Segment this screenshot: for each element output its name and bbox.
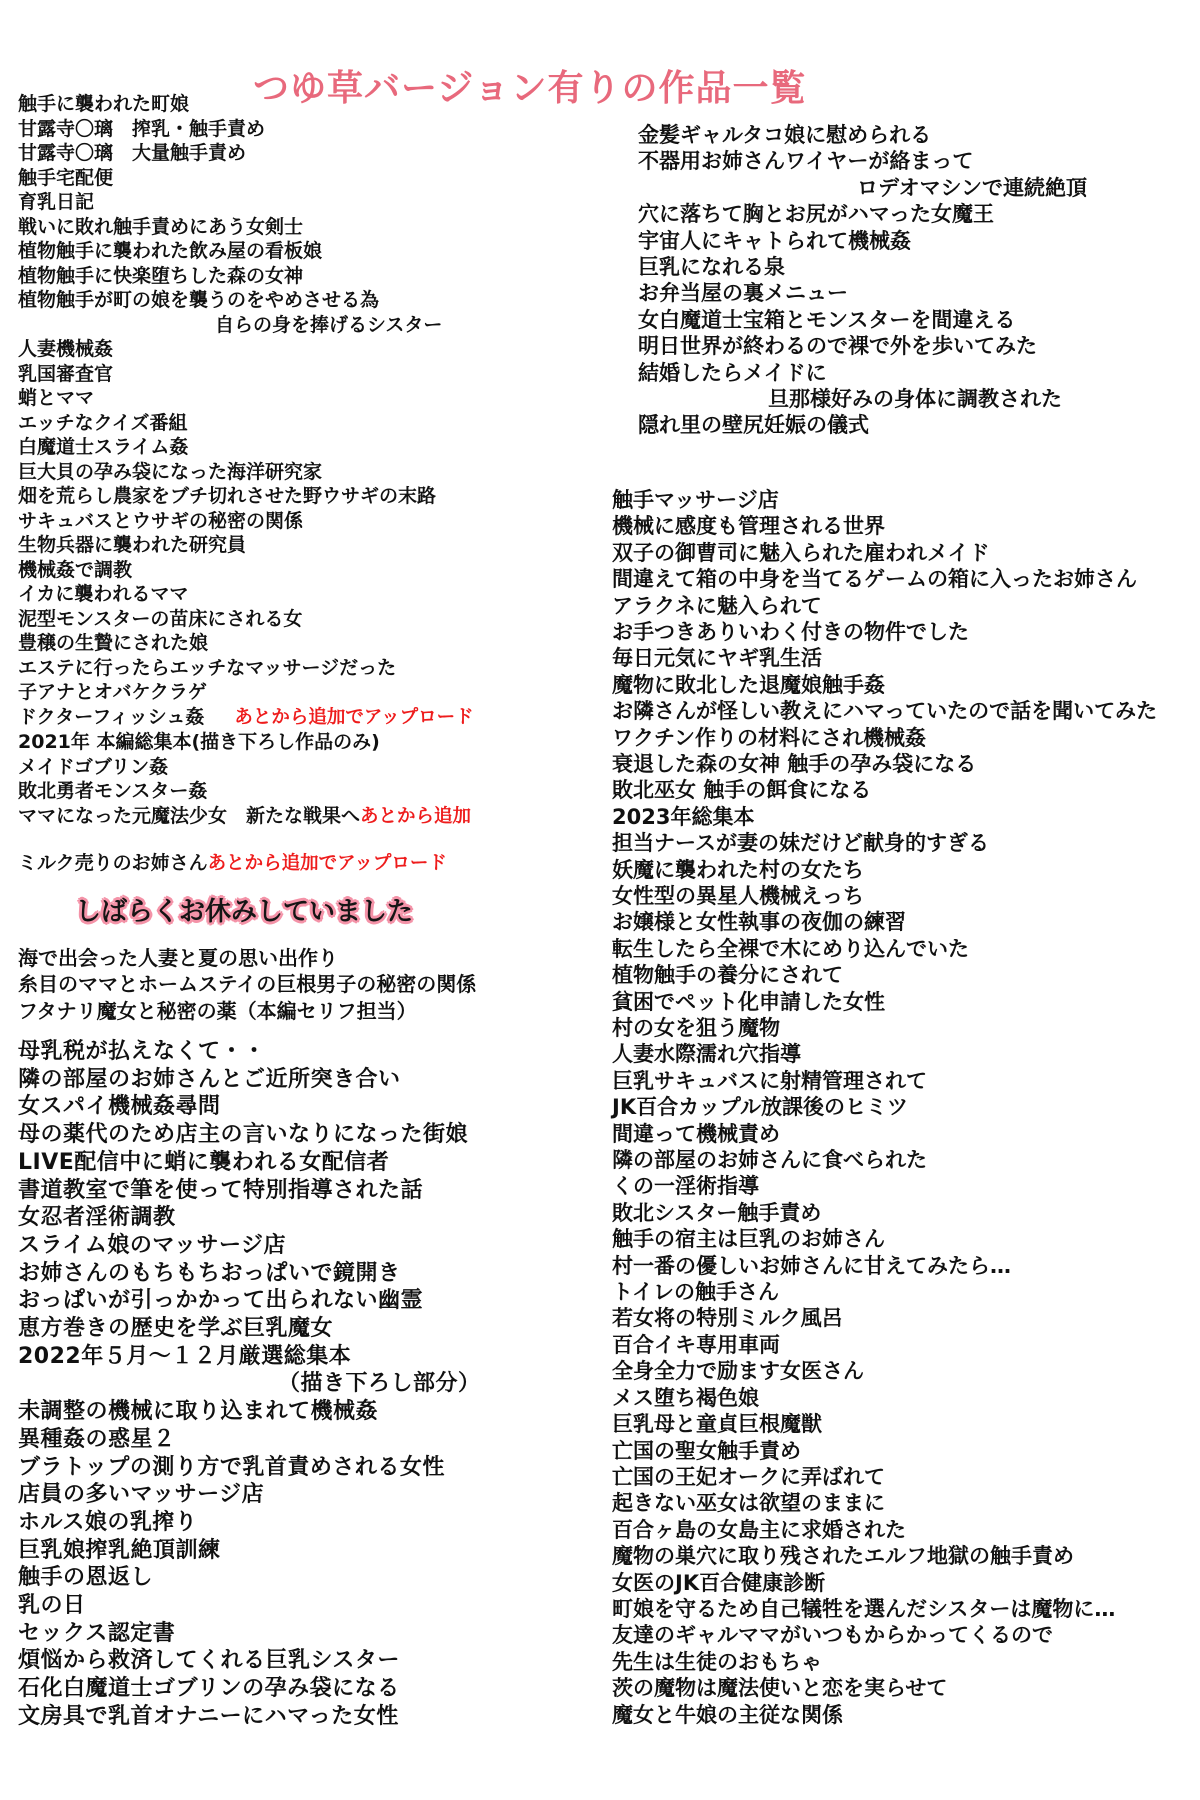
work-title-text: おっぱいが引っかかって出られない幽霊	[18, 1288, 423, 1313]
work-title-text: 人妻機械姦	[18, 338, 113, 360]
work-title-line: 敗北勇者モンスター姦	[18, 779, 481, 804]
work-title-line: 隣の部屋のお姉さんに食べられた	[612, 1147, 1157, 1173]
hiatus-notice: しばらくお休みしていました	[18, 895, 481, 929]
work-title-line: 間違って機械責め	[612, 1121, 1157, 1147]
work-title-line: 石化白魔道士ゴブリンの孕み袋になる	[18, 1675, 481, 1703]
work-title-text: 巨乳母と童貞巨根魔獣	[612, 1412, 822, 1436]
work-title-text: 植物触手が町の娘を襲うのをやめさせる為	[18, 289, 379, 311]
work-title-line: 戦いに敗れ触手責めにあう女剣士	[18, 215, 481, 240]
work-title-line: 豊穣の生贄にされた娘	[18, 631, 481, 656]
work-title-line: 巨乳サキュバスに射精管理されて	[612, 1068, 1157, 1094]
work-title-text: 宇宙人にキャトられて機械姦	[638, 229, 911, 253]
work-title-line: 自らの身を捧げるシスター	[18, 313, 481, 338]
work-title-line: イカに襲われるママ	[18, 582, 481, 607]
work-title-text: 触手の宿主は巨乳のお姉さん	[612, 1227, 885, 1251]
work-title-text: 触手宅配便	[18, 167, 113, 189]
work-title-text: 女白魔道士宝箱とモンスターを間違える	[638, 308, 1015, 332]
work-title-text: 海で出会った人妻と夏の思い出作り	[18, 946, 338, 970]
work-title-line: 明日世界が終わるので裸で外を歩いてみた	[612, 333, 1157, 359]
work-title-text: お手つきありいわく付きの物件でした	[612, 620, 969, 644]
work-title-text: 町娘を守るため自己犠牲を選んだシスターは魔物に…	[612, 1597, 1115, 1621]
work-list-page: { "title": "つゆ草バージョン有りの作品一覧", "notice": …	[0, 0, 1200, 1800]
work-title-text: （描き下ろし部分）	[278, 1371, 481, 1396]
work-title-line: 魔物の巣穴に取り残されたエルフ地獄の触手責め	[612, 1543, 1157, 1569]
work-title-line: 乳の日	[18, 1592, 481, 1620]
work-title-text: 2023年総集本	[612, 805, 754, 829]
work-title-text: 巨乳になれる泉	[638, 255, 785, 279]
work-title-line: 乳国審査官	[18, 362, 481, 387]
work-title-line: 恵方巻きの歴史を学ぶ巨乳魔女	[18, 1315, 481, 1343]
work-title-line: ホルス娘の乳搾り	[18, 1509, 481, 1537]
work-title-text: お嬢様と女性執事の夜伽の練習	[612, 910, 906, 934]
work-title-line: 触手の恩返し	[18, 1564, 481, 1592]
work-title-text: 村の女を狙う魔物	[612, 1016, 780, 1040]
work-title-text: 担当ナースが妻の妹だけど献身的すぎる	[612, 831, 989, 855]
work-title-line: エッチなクイズ番組	[18, 411, 481, 436]
work-title-text: 恵方巻きの歴史を学ぶ巨乳魔女	[18, 1316, 333, 1341]
work-list-right-column: 金髪ギャルタコ娘に慰められる不器用お姉さんワイヤーが絡まってロデオマシンで連続絶…	[612, 122, 1157, 1728]
work-title-text: 起きない巫女は欲望のままに	[612, 1491, 885, 1515]
work-title-line: サキュバスとウサギの秘密の関係	[18, 509, 481, 534]
work-title-text: 亡国の聖女触手責め	[612, 1439, 801, 1463]
work-title-text: 母乳税が払えなくて・・	[18, 1039, 266, 1064]
work-title-text: LIVE配信中に蛸に襲われる女配信者	[18, 1150, 389, 1175]
work-title-line: 起きない巫女は欲望のままに	[612, 1490, 1157, 1516]
work-title-text: 敗北シスター触手責め	[612, 1201, 821, 1225]
work-title-line: 巨乳娘搾乳絶頂訓練	[18, 1537, 481, 1565]
work-title-line: 人妻水際濡れ穴指導	[612, 1041, 1157, 1067]
work-title-line: トイレの触手さん	[612, 1279, 1157, 1305]
work-title-line: 友達のギャルママがいつもからかってくるので	[612, 1622, 1157, 1648]
work-title-line: 文房具で乳首オナニーにハマった女性	[18, 1703, 481, 1731]
work-title-text: 女医のJK百合健康診断	[612, 1571, 825, 1595]
work-title-line: 植物触手に快楽堕ちした森の女神	[18, 264, 481, 289]
work-title-text: JK百合カップル放課後のヒミツ	[612, 1095, 908, 1119]
work-title-line: ロデオマシンで連続絶頂	[612, 175, 1157, 201]
work-title-line: メイドゴブリン姦	[18, 755, 481, 780]
work-title-text: お弁当屋の裏メニュー	[638, 281, 848, 305]
work-title-line: 魔物に敗北した退魔娘触手姦	[612, 672, 1157, 698]
work-title-line: 村の女を狙う魔物	[612, 1015, 1157, 1041]
work-title-text: 甘露寺〇璃 大量触手責め	[18, 142, 246, 164]
work-title-line: お隣さんが怪しい教えにハマっていたので話を聞いてみた	[612, 698, 1157, 724]
work-title-line: お嬢様と女性執事の夜伽の練習	[612, 909, 1157, 935]
work-title-text: 店員の多いマッサージ店	[18, 1482, 264, 1507]
work-title-line: 全身全力で励ます女医さん	[612, 1358, 1157, 1384]
work-title-text: 巨大貝の孕み袋になった海洋研究家	[18, 461, 322, 483]
work-title-text: 異種姦の惑星２	[18, 1427, 176, 1452]
work-title-line: 村一番の優しいお姉さんに甘えてみたら…	[612, 1253, 1157, 1279]
work-title-text: 甘露寺〇璃 搾乳・触手責め	[18, 118, 265, 140]
work-title-line: 女スパイ機械姦尋問	[18, 1093, 481, 1121]
work-title-text: 書道教室で筆を使って特別指導された話	[18, 1178, 423, 1203]
added-later-annotation: あとから追加でアップロード	[234, 707, 473, 728]
work-title-line: 触手に襲われた町娘	[18, 92, 481, 117]
work-title-text: 間違って機械責め	[612, 1122, 780, 1146]
work-title-text: 魔物の巣穴に取り残されたエルフ地獄の触手責め	[612, 1544, 1074, 1568]
work-title-text: 転生したら全裸で木にめり込んでいた	[612, 937, 969, 961]
blank-line	[612, 439, 613, 487]
work-title-text: ママになった元魔法少女 新たな戦果へ	[18, 805, 360, 827]
work-title-text: 乳国審査官	[18, 363, 113, 385]
work-title-text: 魔物に敗北した退魔娘触手姦	[612, 673, 885, 697]
work-title-line: ブラトップの測り方で乳首責めされる女性	[18, 1454, 481, 1482]
work-title-line: 人妻機械姦	[18, 337, 481, 362]
work-title-line: 金髪ギャルタコ娘に慰められる	[612, 122, 1157, 148]
work-title-line: 隠れ里の壁尻妊娠の儀式	[612, 412, 1157, 438]
work-title-line: 甘露寺〇璃 搾乳・触手責め	[18, 117, 481, 142]
work-title-text: 隣の部屋のお姉さんに食べられた	[612, 1148, 927, 1172]
work-title-text: 機械に感度も管理される世界	[612, 514, 885, 538]
work-title-text: 衰退した森の女神 触手の孕み袋になる	[612, 752, 976, 776]
work-title-line: 海で出会った人妻と夏の思い出作り	[18, 945, 481, 972]
work-title-line: 敗北シスター触手責め	[612, 1200, 1157, 1226]
added-later-annotation: あとから追加でアップロード	[208, 853, 447, 874]
work-list-left-column: 触手に襲われた町娘甘露寺〇璃 搾乳・触手責め甘露寺〇璃 大量触手責め触手宅配便育…	[18, 92, 481, 1731]
work-title-text: エッチなクイズ番組	[18, 412, 187, 434]
work-title-text: 隠れ里の壁尻妊娠の儀式	[638, 413, 869, 437]
work-title-text: 2022年５月～１２月厳選総集本	[18, 1344, 351, 1369]
work-title-text: 先生は生徒のおもちゃ	[612, 1650, 822, 1674]
work-title-text: 毎日元気にヤギ乳生活	[612, 646, 822, 670]
work-title-line: くの一淫術指導	[612, 1173, 1157, 1199]
work-title-text: セックス認定書	[18, 1621, 175, 1646]
work-title-line: 触手宅配便	[18, 166, 481, 191]
work-title-text: 金髪ギャルタコ娘に慰められる	[638, 123, 931, 147]
work-title-line: 白魔道士スライム姦	[18, 435, 481, 460]
work-title-line: 2021年 本編総集本(描き下ろし作品のみ)	[18, 730, 481, 755]
work-title-line: 母乳税が払えなくて・・	[18, 1038, 481, 1066]
work-title-line: 若女将の特別ミルク風呂	[612, 1305, 1157, 1331]
work-title-line: 百合ヶ島の女島主に求婚された	[612, 1517, 1157, 1543]
work-title-text: 不器用お姉さんワイヤーが絡まって	[638, 149, 973, 173]
work-title-text: 文房具で乳首オナニーにハマった女性	[18, 1704, 399, 1729]
work-title-text: スライム娘のマッサージ店	[18, 1233, 286, 1258]
work-title-text: メス堕ち褐色娘	[612, 1386, 759, 1410]
work-title-line: フタナリ魔女と秘密の薬（本編セリフ担当）	[18, 998, 481, 1025]
work-title-line: LIVE配信中に蛸に襲われる女配信者	[18, 1149, 481, 1177]
work-title-text: ホルス娘の乳搾り	[18, 1510, 197, 1535]
work-title-line: 衰退した森の女神 触手の孕み袋になる	[612, 751, 1157, 777]
work-title-text: フタナリ魔女と秘密の薬（本編セリフ担当）	[18, 999, 417, 1023]
work-title-line: 触手マッサージ店	[612, 487, 1157, 513]
work-title-line: 不器用お姉さんワイヤーが絡まって	[612, 148, 1157, 174]
work-title-line: ママになった元魔法少女 新たな戦果へあとから追加	[18, 804, 481, 830]
work-title-line: 2022年５月～１２月厳選総集本	[18, 1343, 481, 1371]
work-title-line: 毎日元気にヤギ乳生活	[612, 645, 1157, 671]
work-title-text: 敗北巫女 触手の餌食になる	[612, 778, 871, 802]
work-title-line: 植物触手に襲われた飲み屋の看板娘	[18, 239, 481, 264]
work-title-text: 植物触手に襲われた飲み屋の看板娘	[18, 240, 322, 262]
work-title-text: 糸目のママとホームステイの巨根男子の秘密の関係	[18, 972, 476, 996]
work-title-text: 敗北勇者モンスター姦	[18, 780, 207, 802]
work-title-text: トイレの触手さん	[612, 1280, 779, 1304]
work-title-text: アラクネに魅入られて	[612, 594, 822, 618]
work-title-text: ドクターフィッシュ姦	[18, 706, 204, 728]
work-title-line: 巨乳母と童貞巨根魔獣	[612, 1411, 1157, 1437]
work-title-line: 巨乳になれる泉	[612, 254, 1157, 280]
work-title-line: 巨大貝の孕み袋になった海洋研究家	[18, 460, 481, 485]
work-title-text: しばらくお休みしていました	[75, 897, 413, 927]
work-title-text: 茨の魔物は魔法使いと恋を実らせて	[612, 1676, 947, 1700]
work-title-text: 明日世界が終わるので裸で外を歩いてみた	[638, 334, 1037, 358]
work-title-line: 双子の御曹司に魅入られた雇われメイド	[612, 540, 1157, 566]
work-title-line: エステに行ったらエッチなマッサージだった	[18, 656, 481, 681]
work-title-text: エステに行ったらエッチなマッサージだった	[18, 657, 396, 679]
work-title-line: 隣の部屋のお姉さんとご近所突き合い	[18, 1066, 481, 1094]
added-later-annotation: あとから追加	[360, 806, 471, 827]
work-title-line: 植物触手が町の娘を襲うのをやめさせる為	[18, 288, 481, 313]
work-title-line: 女医のJK百合健康診断	[612, 1570, 1157, 1596]
work-title-line: 旦那様好みの身体に調教された	[612, 386, 1157, 412]
work-title-line: 町娘を守るため自己犠牲を選んだシスターは魔物に…	[612, 1596, 1157, 1622]
blank-line	[18, 877, 19, 895]
work-title-text: 間違えて箱の中身を当てるゲームの箱に入ったお姉さん	[612, 567, 1137, 591]
work-title-line: 穴に落ちて胸とお尻がハマった女魔王	[612, 201, 1157, 227]
work-title-text: 植物触手の養分にされて	[612, 963, 843, 987]
work-title-text: 若女将の特別ミルク風呂	[612, 1306, 843, 1330]
work-title-text: イカに襲われるママ	[18, 583, 188, 605]
work-title-line: 子アナとオバケクラゲ	[18, 680, 481, 705]
work-title-line: 女忍者淫術調教	[18, 1204, 481, 1232]
work-title-text: 自らの身を捧げるシスター	[215, 314, 442, 336]
work-title-text: 生物兵器に襲われた研究員	[18, 534, 246, 556]
work-title-line: 女性型の異星人機械えっち	[612, 883, 1157, 909]
work-title-text: 泥型モンスターの苗床にされる女	[18, 608, 302, 630]
work-title-text: 戦いに敗れ触手責めにあう女剣士	[18, 216, 303, 238]
work-title-text: 巨乳サキュバスに射精管理されて	[612, 1069, 927, 1093]
work-title-line: おっぱいが引っかかって出られない幽霊	[18, 1287, 481, 1315]
work-title-text: 女スパイ機械姦尋問	[18, 1094, 221, 1119]
work-title-text: メイドゴブリン姦	[18, 756, 168, 778]
work-title-text: 双子の御曹司に魅入られた雇われメイド	[612, 541, 990, 565]
work-title-line: 育乳日記	[18, 190, 481, 215]
work-title-text: ブラトップの測り方で乳首責めされる女性	[18, 1455, 445, 1480]
work-title-text: ワクチン作りの材料にされ機械姦	[612, 726, 926, 750]
work-title-text: ロデオマシンで連続絶頂	[857, 176, 1087, 200]
work-title-line: セックス認定書	[18, 1620, 481, 1648]
work-title-text: 蛸とママ	[18, 387, 94, 409]
work-title-line: 畑を荒らし農家をブチ切れさせた野ウサギの末路	[18, 484, 481, 509]
work-title-line: 店員の多いマッサージ店	[18, 1481, 481, 1509]
work-title-text: 白魔道士スライム姦	[18, 436, 188, 458]
work-title-text: 触手の恩返し	[18, 1565, 153, 1590]
work-title-text: 村一番の優しいお姉さんに甘えてみたら…	[612, 1254, 1011, 1278]
work-title-line: 茨の魔物は魔法使いと恋を実らせて	[612, 1675, 1157, 1701]
work-title-text: 妖魔に襲われた村の女たち	[612, 858, 864, 882]
work-title-text: 旦那様好みの身体に調教された	[768, 387, 1062, 411]
work-title-line: 敗北巫女 触手の餌食になる	[612, 777, 1157, 803]
work-title-line: お姉さんのもちもちおっぱいで鏡開き	[18, 1260, 481, 1288]
work-title-text: 煩悩から救済してくれる巨乳シスター	[18, 1648, 400, 1673]
work-title-line: 煩悩から救済してくれる巨乳シスター	[18, 1647, 481, 1675]
work-title-line: お弁当屋の裏メニュー	[612, 280, 1157, 306]
work-title-line: スライム娘のマッサージ店	[18, 1232, 481, 1260]
work-title-line: 蛸とママ	[18, 386, 481, 411]
work-title-line: 妖魔に襲われた村の女たち	[612, 857, 1157, 883]
work-title-text: 全身全力で励ます女医さん	[612, 1359, 864, 1383]
work-title-line: 宇宙人にキャトられて機械姦	[612, 228, 1157, 254]
blank-line	[18, 929, 19, 945]
work-title-text: 畑を荒らし農家をブチ切れさせた野ウサギの末路	[18, 485, 436, 507]
work-title-text: サキュバスとウサギの秘密の関係	[18, 510, 303, 532]
work-title-line: 母の薬代のため店主の言いなりになった街娘	[18, 1121, 481, 1149]
work-title-line: 2023年総集本	[612, 804, 1157, 830]
work-title-text: 亡国の王妃オークに弄ばれて	[612, 1465, 885, 1489]
work-title-text: 結婚したらメイドに	[638, 361, 827, 385]
work-title-text: 母の薬代のため店主の言いなりになった街娘	[18, 1122, 468, 1147]
work-title-text: 未調整の機械に取り込まれて機械姦	[18, 1399, 378, 1424]
work-title-text: お姉さんのもちもちおっぱいで鏡開き	[18, 1261, 401, 1286]
work-title-line: メス堕ち褐色娘	[612, 1385, 1157, 1411]
work-title-text: 魔女と牛娘の主従な関係	[612, 1703, 843, 1727]
blank-line	[18, 1024, 19, 1038]
work-title-line: ミルク売りのお姉さんあとから追加でアップロード	[18, 851, 481, 877]
work-title-line: ワクチン作りの材料にされ機械姦	[612, 725, 1157, 751]
work-title-text: 豊穣の生贄にされた娘	[18, 632, 208, 654]
work-title-text: 女忍者淫術調教	[18, 1205, 176, 1230]
work-title-text: 女性型の異星人機械えっち	[612, 884, 864, 908]
work-title-line: 糸目のママとホームステイの巨根男子の秘密の関係	[18, 971, 481, 998]
work-title-line: 亡国の聖女触手責め	[612, 1438, 1157, 1464]
work-title-line: 担当ナースが妻の妹だけど献身的すぎる	[612, 830, 1157, 856]
work-title-text: お隣さんが怪しい教えにハマっていたので話を聞いてみた	[612, 699, 1157, 723]
work-title-line: 触手の宿主は巨乳のお姉さん	[612, 1226, 1157, 1252]
work-title-line: JK百合カップル放課後のヒミツ	[612, 1094, 1157, 1120]
work-title-line: 異種姦の惑星２	[18, 1426, 481, 1454]
work-title-text: 石化白魔道士ゴブリンの孕み袋になる	[18, 1676, 400, 1701]
work-title-text: 植物触手に快楽堕ちした森の女神	[18, 265, 303, 287]
work-title-text: 貧困でペット化申請した女性	[612, 990, 885, 1014]
work-title-line: 生物兵器に襲われた研究員	[18, 533, 481, 558]
work-title-text: 隣の部屋のお姉さんとご近所突き合い	[18, 1067, 401, 1092]
work-title-text: 百合イキ専用車両	[612, 1333, 780, 1357]
blank-line	[18, 829, 19, 851]
work-title-text: 2021年 本編総集本(描き下ろし作品のみ)	[18, 731, 380, 753]
work-title-text: 巨乳娘搾乳絶頂訓練	[18, 1538, 221, 1563]
work-title-text: 子アナとオバケクラゲ	[18, 681, 207, 703]
work-title-text: 触手マッサージ店	[612, 488, 779, 512]
work-title-text: 育乳日記	[18, 191, 94, 213]
work-title-line: 植物触手の養分にされて	[612, 962, 1157, 988]
work-title-line: 機械姦で調教	[18, 558, 481, 583]
work-title-line: 貧困でペット化申請した女性	[612, 989, 1157, 1015]
work-title-text: くの一淫術指導	[612, 1174, 759, 1198]
work-title-text: 百合ヶ島の女島主に求婚された	[612, 1518, 906, 1542]
work-title-line: 百合イキ専用車両	[612, 1332, 1157, 1358]
work-title-text: ミルク売りのお姉さん	[18, 852, 208, 874]
work-title-line: 先生は生徒のおもちゃ	[612, 1649, 1157, 1675]
work-title-line: アラクネに魅入られて	[612, 593, 1157, 619]
work-title-line: 書道教室で筆を使って特別指導された話	[18, 1177, 481, 1205]
work-title-line: 未調整の機械に取り込まれて機械姦	[18, 1398, 481, 1426]
work-title-text: 人妻水際濡れ穴指導	[612, 1042, 801, 1066]
work-title-line: 甘露寺〇璃 大量触手責め	[18, 141, 481, 166]
work-title-text: 触手に襲われた町娘	[18, 93, 189, 115]
work-title-text: 穴に落ちて胸とお尻がハマった女魔王	[638, 202, 994, 226]
work-title-line: 亡国の王妃オークに弄ばれて	[612, 1464, 1157, 1490]
work-title-line: 転生したら全裸で木にめり込んでいた	[612, 936, 1157, 962]
work-title-line: 女白魔道士宝箱とモンスターを間違える	[612, 307, 1157, 333]
work-title-line: （描き下ろし部分）	[18, 1370, 481, 1398]
work-title-line: ドクターフィッシュ姦あとから追加でアップロード	[18, 705, 481, 731]
work-title-text: 機械姦で調教	[18, 559, 132, 581]
work-title-line: 魔女と牛娘の主従な関係	[612, 1702, 1157, 1728]
work-title-line: 泥型モンスターの苗床にされる女	[18, 607, 481, 632]
work-title-text: 友達のギャルママがいつもからかってくるので	[612, 1623, 1053, 1647]
work-title-line: 結婚したらメイドに	[612, 360, 1157, 386]
work-title-line: お手つきありいわく付きの物件でした	[612, 619, 1157, 645]
work-title-text: 乳の日	[18, 1593, 86, 1618]
work-title-line: 機械に感度も管理される世界	[612, 513, 1157, 539]
work-title-line: 間違えて箱の中身を当てるゲームの箱に入ったお姉さん	[612, 566, 1157, 592]
